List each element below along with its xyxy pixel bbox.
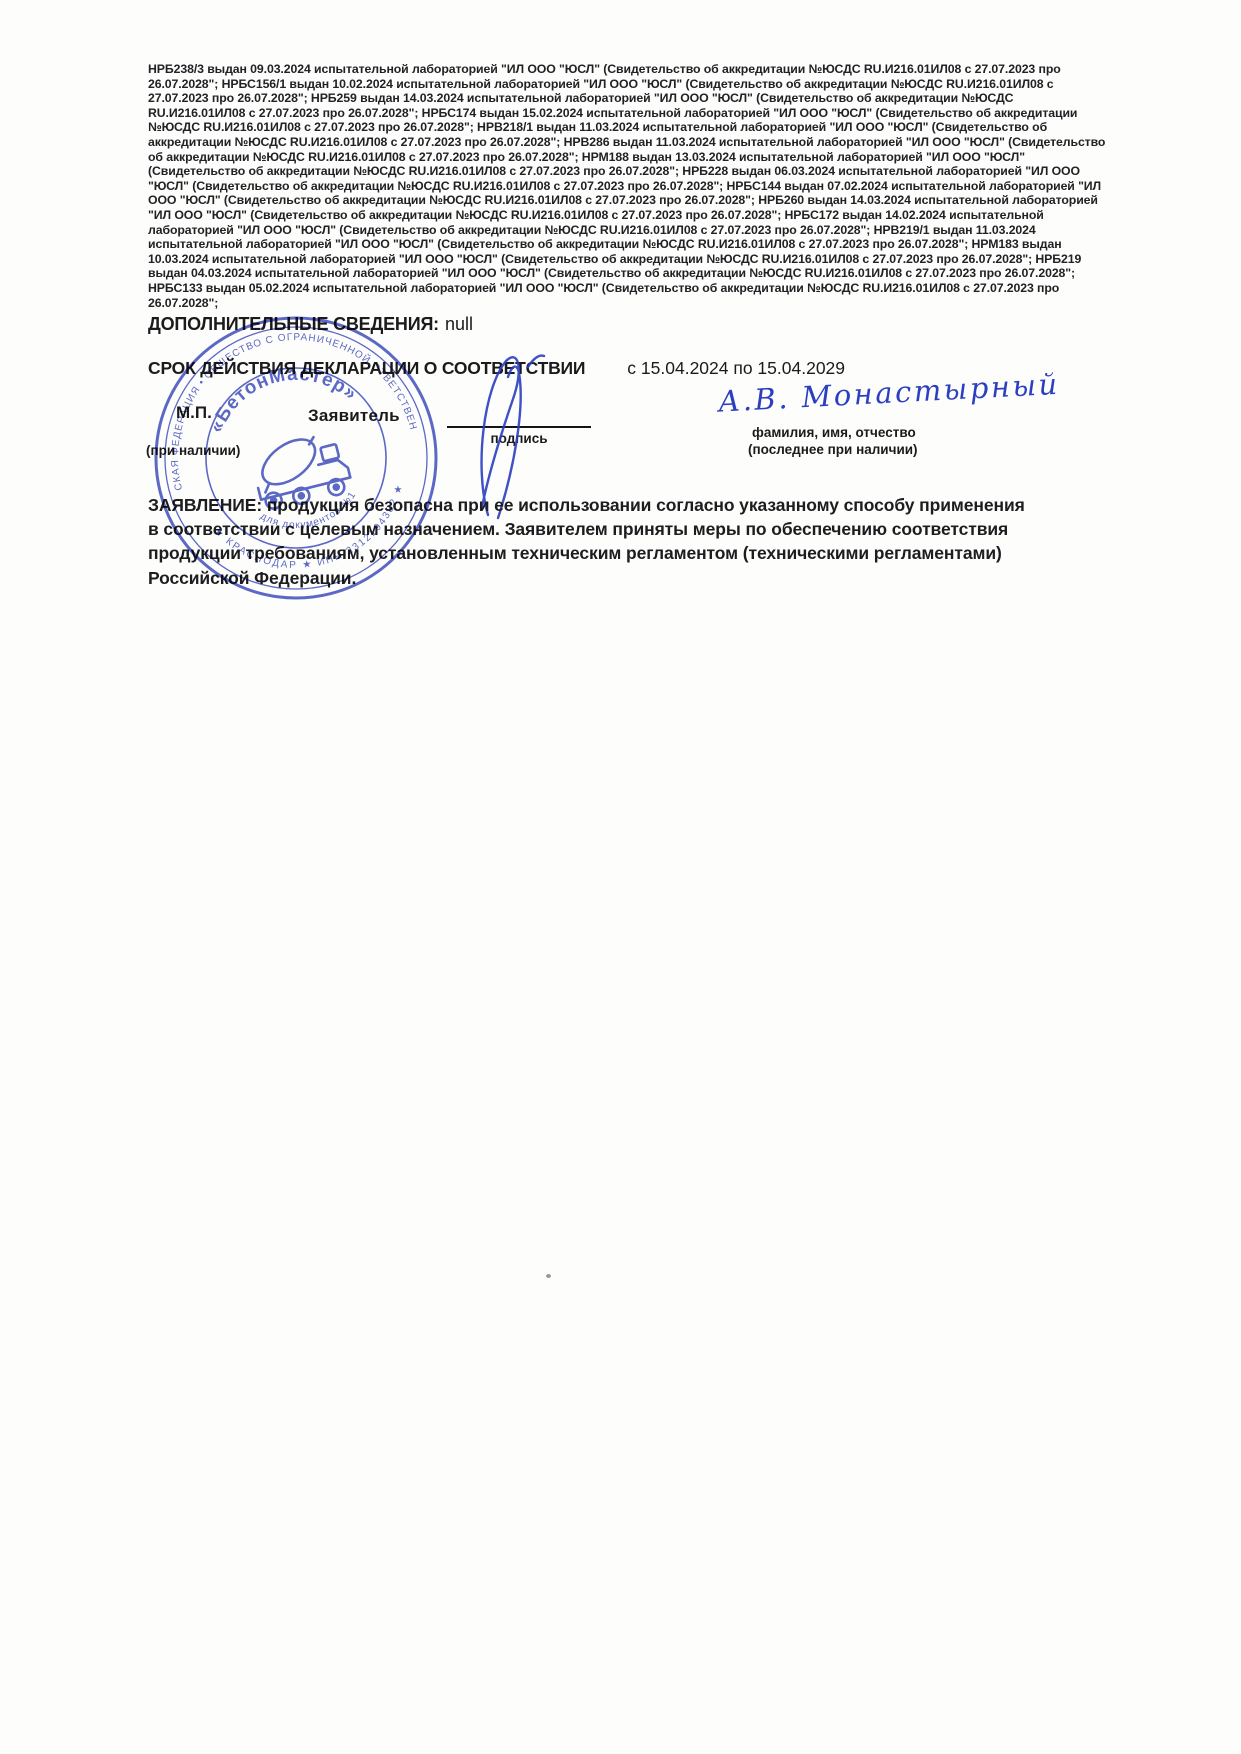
scanned-declaration-page: НРБ238/3 выдан 09.03.2024 испытательной … (0, 0, 1241, 1754)
svg-text:РОССИЙСКАЯ ФЕДЕРАЦИЯ • ОБЩЕС: РОССИЙСКАЯ ФЕДЕРАЦИЯ • ОБЩЕСТВО С ОГРАНИ… (146, 308, 419, 499)
lab-reports-paragraph: НРБ238/3 выдан 09.03.2024 испытательной … (148, 62, 1106, 310)
stamp-ring-text: РОССИЙСКАЯ ФЕДЕРАЦИЯ • ОБЩЕСТВО С ОГРАНИ… (146, 308, 419, 499)
stamp-ring-bottom-text: ★ КРАСНОДАР ★ ИНН 2312194382 ★ (210, 480, 420, 592)
additional-info-value: null (445, 314, 473, 334)
svg-text:★ КРАСНОДАР ★ ИНН 2312194382 ★: ★ КРАСНОДАР ★ ИНН 2312194382 ★ (210, 480, 420, 592)
name-caption-line1: фамилия, имя, отчество (752, 424, 918, 441)
name-caption-line2: (последнее при наличии) (748, 441, 918, 458)
mixer-truck-icon (247, 422, 353, 513)
company-stamp: РОССИЙСКАЯ ФЕДЕРАЦИЯ • ОБЩЕСТВО С ОГРАНИ… (146, 308, 446, 608)
name-caption: фамилия, имя, отчество (последнее при на… (752, 424, 918, 458)
scan-speck (546, 1274, 551, 1278)
validity-dates: с 15.04.2024 по 15.04.2029 (627, 358, 845, 378)
